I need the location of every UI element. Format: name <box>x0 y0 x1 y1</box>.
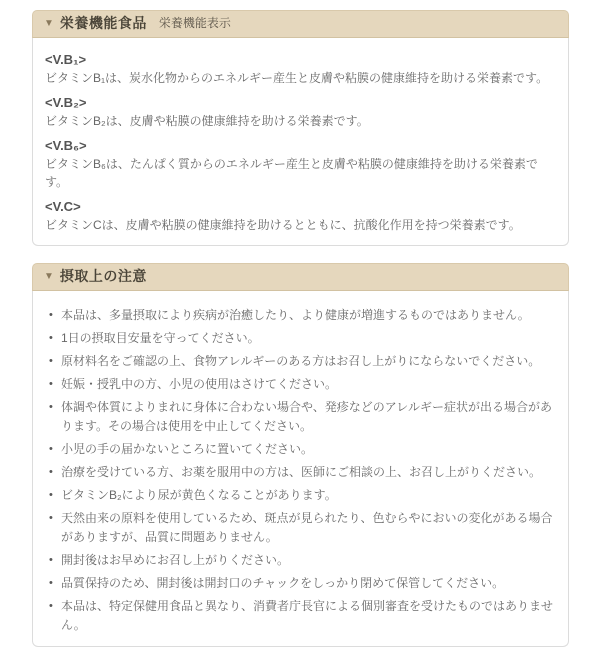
bullet-icon: • <box>49 440 61 459</box>
precaution-item: • 開封後はお早めにお召し上がりください。 <box>49 551 556 570</box>
nutrient-code: <V.C> <box>45 198 556 216</box>
precaution-item: • 本品は、特定保健用食品と異なり、消費者庁長官による個別審査を受けたものではあ… <box>49 597 556 635</box>
precaution-text: 本品は、多量摂取により疾病が治癒したり、より健康が増進するものではありません。 <box>61 306 556 325</box>
triangle-down-icon: ▼ <box>44 15 54 32</box>
bullet-icon: • <box>49 398 61 417</box>
section-nutrition-function: ▼ 栄養機能食品 栄養機能表示 <V.B₁> ビタミンB₁は、炭水化物からのエネ… <box>32 10 569 246</box>
section-header-intake-precautions[interactable]: ▼ 摂取上の注意 <box>32 263 569 291</box>
precaution-item: • ビタミンB₂により尿が黄色くなることがあります。 <box>49 486 556 505</box>
intake-precautions-body: • 本品は、多量摂取により疾病が治癒したり、より健康が増進するものではありません… <box>32 291 569 647</box>
precaution-item: • 天然由来の原料を使用しているため、斑点が見られたり、色むらやにおいの変化があ… <box>49 509 556 547</box>
precaution-item: • 体調や体質によりまれに身体に合わない場合や、発疹などのアレルギー症状が出る場… <box>49 398 556 436</box>
bullet-icon: • <box>49 375 61 394</box>
precaution-item: • 品質保持のため、開封後は開封口のチャックをしっかり閉めて保管してください。 <box>49 574 556 593</box>
precaution-text: 天然由来の原料を使用しているため、斑点が見られたり、色むらやにおいの変化がある場… <box>61 509 556 547</box>
precaution-text: 開封後はお早めにお召し上がりください。 <box>61 551 556 570</box>
bullet-icon: • <box>49 509 61 528</box>
bullet-icon: • <box>49 551 61 570</box>
precaution-item: • 原材料名をご確認の上、食物アレルギーのある方はお召し上がりにならないでくださ… <box>49 352 556 371</box>
bullet-icon: • <box>49 306 61 325</box>
precaution-item: • 治療を受けている方、お薬を服用中の方は、医師にご相談の上、お召し上がりくださ… <box>49 463 556 482</box>
triangle-down-icon: ▼ <box>44 268 54 285</box>
precaution-item: • 1日の摂取目安量を守ってください。 <box>49 329 556 348</box>
nutrient-code: <V.B₁> <box>45 51 556 69</box>
precaution-text: 品質保持のため、開封後は開封口のチャックをしっかり閉めて保管してください。 <box>61 574 556 593</box>
section-intake-precautions: ▼ 摂取上の注意 • 本品は、多量摂取により疾病が治癒したり、より健康が増進する… <box>32 263 569 647</box>
product-info-page: ▼ 栄養機能食品 栄養機能表示 <V.B₁> ビタミンB₁は、炭水化物からのエネ… <box>0 0 600 600</box>
nutrient-code: <V.B₆> <box>45 137 556 155</box>
bullet-icon: • <box>49 574 61 593</box>
bullet-icon: • <box>49 597 61 616</box>
precaution-text: 妊娠・授乳中の方、小児の使用はさけてください。 <box>61 375 556 394</box>
precaution-text: 1日の摂取目安量を守ってください。 <box>61 329 556 348</box>
precaution-text: 体調や体質によりまれに身体に合わない場合や、発疹などのアレルギー症状が出る場合が… <box>61 398 556 436</box>
bullet-icon: • <box>49 329 61 348</box>
nutrient-description: ビタミンB₁は、炭水化物からのエネルギー産生と皮膚や粘膜の健康維持を助ける栄養素… <box>45 69 556 87</box>
precaution-text: ビタミンB₂により尿が黄色くなることがあります。 <box>61 486 556 505</box>
bullet-icon: • <box>49 463 61 482</box>
precaution-list: • 本品は、多量摂取により疾病が治癒したり、より健康が増進するものではありません… <box>45 304 556 635</box>
nutrient-description: ビタミンB₆は、たんぱく質からのエネルギー産生と皮膚や粘膜の健康維持を助ける栄養… <box>45 155 556 191</box>
precaution-text: 原材料名をご確認の上、食物アレルギーのある方はお召し上がりにならないでください。 <box>61 352 556 371</box>
nutrient-description: ビタミンCは、皮膚や粘膜の健康維持を助けるとともに、抗酸化作用を持つ栄養素です。 <box>45 216 556 234</box>
precaution-text: 小児の手の届かないところに置いてください。 <box>61 440 556 459</box>
section-title: 栄養機能食品 <box>60 15 147 32</box>
nutrient-entry: <V.B₂> ビタミンB₂は、皮膚や粘膜の健康維持を助ける栄養素です。 <box>45 94 556 130</box>
bullet-icon: • <box>49 352 61 371</box>
precaution-text: 本品は、特定保健用食品と異なり、消費者庁長官による個別審査を受けたものではありま… <box>61 597 556 635</box>
nutrient-entry: <V.C> ビタミンCは、皮膚や粘膜の健康維持を助けるとともに、抗酸化作用を持つ… <box>45 198 556 234</box>
nutrient-entry: <V.B₁> ビタミンB₁は、炭水化物からのエネルギー産生と皮膚や粘膜の健康維持… <box>45 51 556 87</box>
nutrition-function-body: <V.B₁> ビタミンB₁は、炭水化物からのエネルギー産生と皮膚や粘膜の健康維持… <box>32 38 569 246</box>
precaution-item: • 小児の手の届かないところに置いてください。 <box>49 440 556 459</box>
section-subtitle: 栄養機能表示 <box>159 15 231 32</box>
precaution-item: • 本品は、多量摂取により疾病が治癒したり、より健康が増進するものではありません… <box>49 306 556 325</box>
precaution-text: 治療を受けている方、お薬を服用中の方は、医師にご相談の上、お召し上がりください。 <box>61 463 556 482</box>
nutrient-entry: <V.B₆> ビタミンB₆は、たんぱく質からのエネルギー産生と皮膚や粘膜の健康維… <box>45 137 556 191</box>
precaution-item: • 妊娠・授乳中の方、小児の使用はさけてください。 <box>49 375 556 394</box>
section-title: 摂取上の注意 <box>60 268 147 285</box>
bullet-icon: • <box>49 486 61 505</box>
nutrient-code: <V.B₂> <box>45 94 556 112</box>
section-header-nutrition-function[interactable]: ▼ 栄養機能食品 栄養機能表示 <box>32 10 569 38</box>
nutrient-description: ビタミンB₂は、皮膚や粘膜の健康維持を助ける栄養素です。 <box>45 112 556 130</box>
